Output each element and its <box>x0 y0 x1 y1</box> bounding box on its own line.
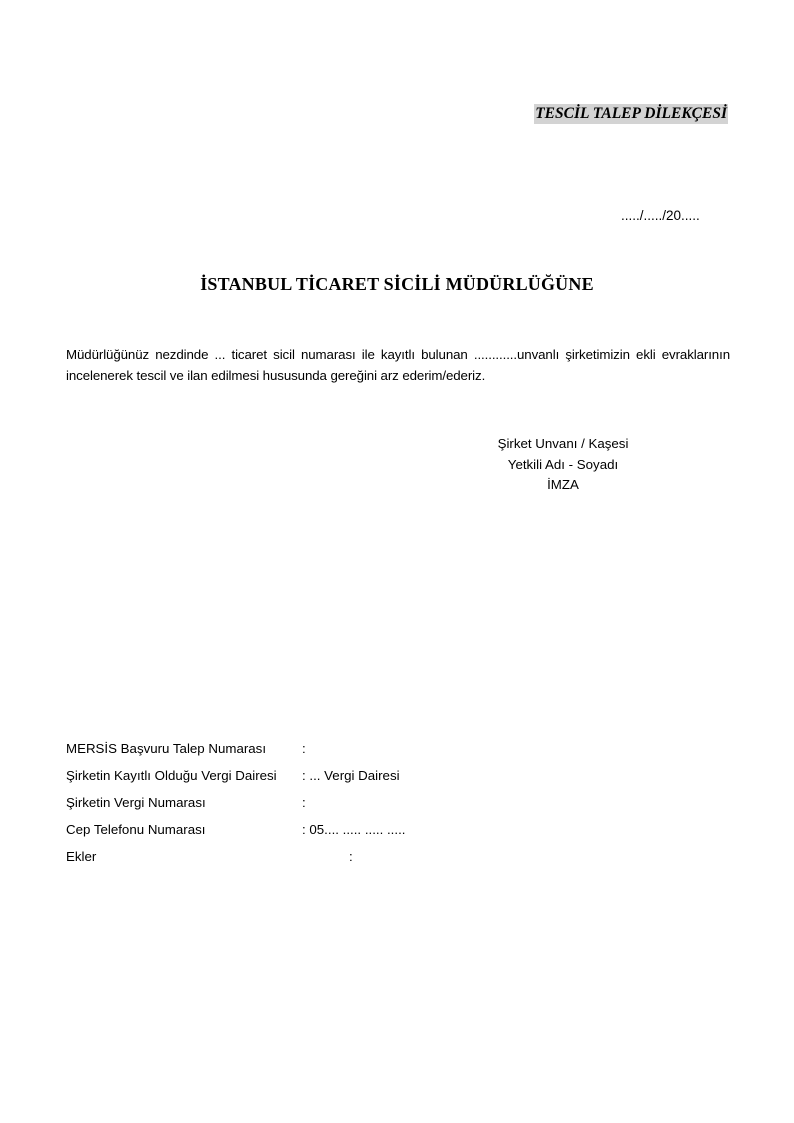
info-label: Cep Telefonu Numarası <box>66 820 205 840</box>
signature-line: İMZA <box>470 475 656 496</box>
authorized-person-line: Yetkili Adı - Soyadı <box>470 455 656 476</box>
info-value: : 05.... ..... ..... ..... <box>302 820 405 840</box>
info-label: MERSİS Başvuru Talep Numarası <box>66 739 266 759</box>
info-label: Şirketin Kayıtlı Olduğu Vergi Dairesi <box>66 766 277 786</box>
addressee-heading: İSTANBUL TİCARET SİCİLİ MÜDÜRLÜĞÜNE <box>0 274 794 295</box>
petition-body: Müdürlüğünüz nezdinde ... ticaret sicil … <box>66 345 730 386</box>
company-name-stamp-line: Şirket Unvanı / Kaşesi <box>470 434 656 455</box>
signature-block: Şirket Unvanı / Kaşesi Yetkili Adı - Soy… <box>470 434 656 496</box>
info-value: : ... Vergi Dairesi <box>302 766 400 786</box>
info-value: : <box>302 739 306 759</box>
info-value: : <box>302 793 306 813</box>
date-placeholder: ...../...../20..... <box>621 208 700 223</box>
document-title: TESCİL TALEP DİLEKÇESİ <box>534 104 728 124</box>
info-label: Şirketin Vergi Numarası <box>66 793 206 813</box>
info-label: Ekler <box>66 847 96 867</box>
info-value: : <box>349 847 353 867</box>
